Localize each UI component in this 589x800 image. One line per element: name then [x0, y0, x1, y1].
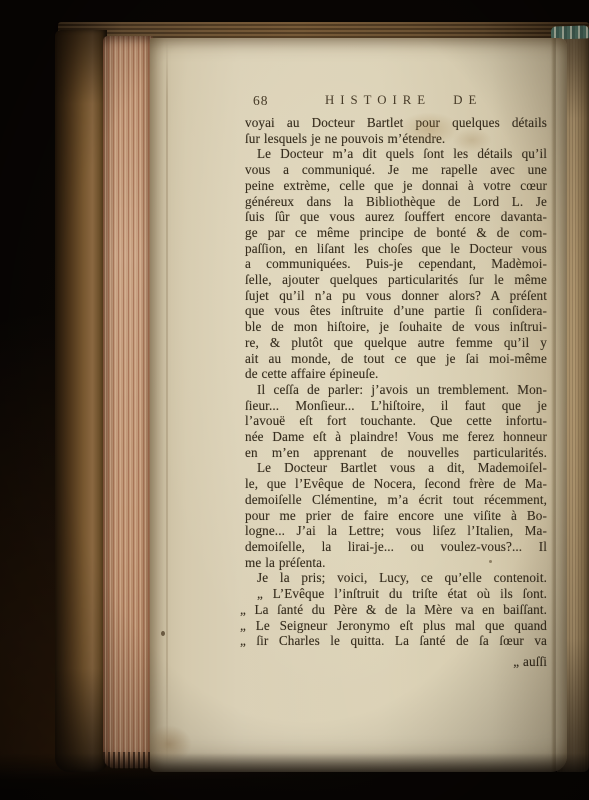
- text-line: Le Docteur Bartlet vous a dit, Mademoiſe…: [245, 460, 547, 476]
- text-line: de cette affaire épineuſe.: [245, 366, 547, 382]
- text-line: que vous êtes inſtruite d’une partie ſi …: [245, 303, 547, 319]
- page-header: 68 HISTOIRE DE: [245, 93, 547, 111]
- text-line: peine extrème, celle que je donnai à vot…: [245, 178, 547, 194]
- text-line: ſur lesquels je ne pouvois m’étendre.: [245, 131, 547, 147]
- page-gutter-crease: [166, 38, 168, 772]
- text-line: ſujet qu’il n’a pu vous donner alors? A …: [245, 288, 547, 304]
- text-line: voyai au Docteur Bartlet pour quelques d…: [245, 115, 547, 131]
- text-line: généreux dans la Bibliothèque de Lord L.…: [245, 194, 547, 210]
- text-line: „ ſir Charles le quitta. La ſanté de ſa …: [240, 633, 547, 649]
- text-line: a communiquées. Puis-je cependant, Madèm…: [245, 256, 547, 272]
- text-line: ble de mon hiſtoire, je ſouhaite de vous…: [245, 319, 547, 335]
- text-line: demoiſelle Clémentine, m’a écrit tout ré…: [245, 492, 547, 508]
- text-line: re, & plutôt que quelque autre femme qu’…: [245, 335, 547, 351]
- text-line: Je la pris; voici, Lucy, ce qu’elle cont…: [245, 570, 547, 586]
- text-line: paſſion, en liſant les choſes que le Doc…: [245, 241, 547, 257]
- book-spine-leather: [55, 30, 107, 772]
- text-body: voyai au Docteur Bartlet pour quelques d…: [245, 115, 547, 670]
- book-photo-scene: 68 HISTOIRE DE voyai au Docteur Bartlet …: [0, 0, 589, 800]
- text-line: Le Docteur m’a dit quels ſont les détail…: [245, 146, 547, 162]
- gutter-page-edges: [103, 36, 153, 768]
- text-line: l’avouë eſt fort touchante. Que cette in…: [245, 413, 547, 429]
- text-line: „ Le Seigneur Jeronymo eſt plus mal que …: [240, 618, 547, 634]
- text-line: ſelle, ajouter quelques particularités ſ…: [245, 272, 547, 288]
- page-number: 68: [253, 93, 269, 109]
- text-lines: voyai au Docteur Bartlet pour quelques d…: [245, 115, 547, 649]
- text-line: pour me prier de faire encore une viſite…: [245, 508, 547, 524]
- text-line: née Dame eſt à plaindre! Vous me ferez h…: [245, 429, 547, 445]
- text-line: ge par ce même principe de bonté & de co…: [245, 225, 547, 241]
- text-line: Il ceſſa de parler: j’avois un trembleme…: [245, 382, 547, 398]
- page-right-fold-seam: [551, 38, 556, 772]
- text-line: ait au monde, de tout ce que je ſai moi-…: [245, 351, 547, 367]
- text-line: ſieur... Monſieur... L’hiſtoire, il faut…: [245, 398, 547, 414]
- text-line: logne... J’ai la Lettre; vous liſez l’It…: [245, 523, 547, 539]
- catchword: „ auſſi: [245, 654, 547, 670]
- book-page: 68 HISTOIRE DE voyai au Docteur Bartlet …: [150, 38, 567, 772]
- bottom-shadow-fade: [0, 753, 589, 800]
- text-line: le, que l’Evêque de Nocera, ſecond frère…: [245, 476, 547, 492]
- text-line: ſuis ſûr que vous aurez ſouffert encore …: [245, 209, 547, 225]
- text-line: „ La ſanté du Père & de la Mère va en ba…: [240, 602, 547, 618]
- text-line: vous a communiqué. Je me rapelle avec un…: [245, 162, 547, 178]
- text-line: en m’en apprenant de nouvelles particula…: [245, 445, 547, 461]
- text-line: „ L’Evêque l’inſtruit du triſte état où …: [245, 586, 547, 602]
- text-line: demoiſelle, la lirai-je... ou voulez-vou…: [245, 539, 547, 555]
- text-line: me la préſenta.: [245, 555, 547, 571]
- running-title: HISTOIRE DE: [325, 93, 482, 108]
